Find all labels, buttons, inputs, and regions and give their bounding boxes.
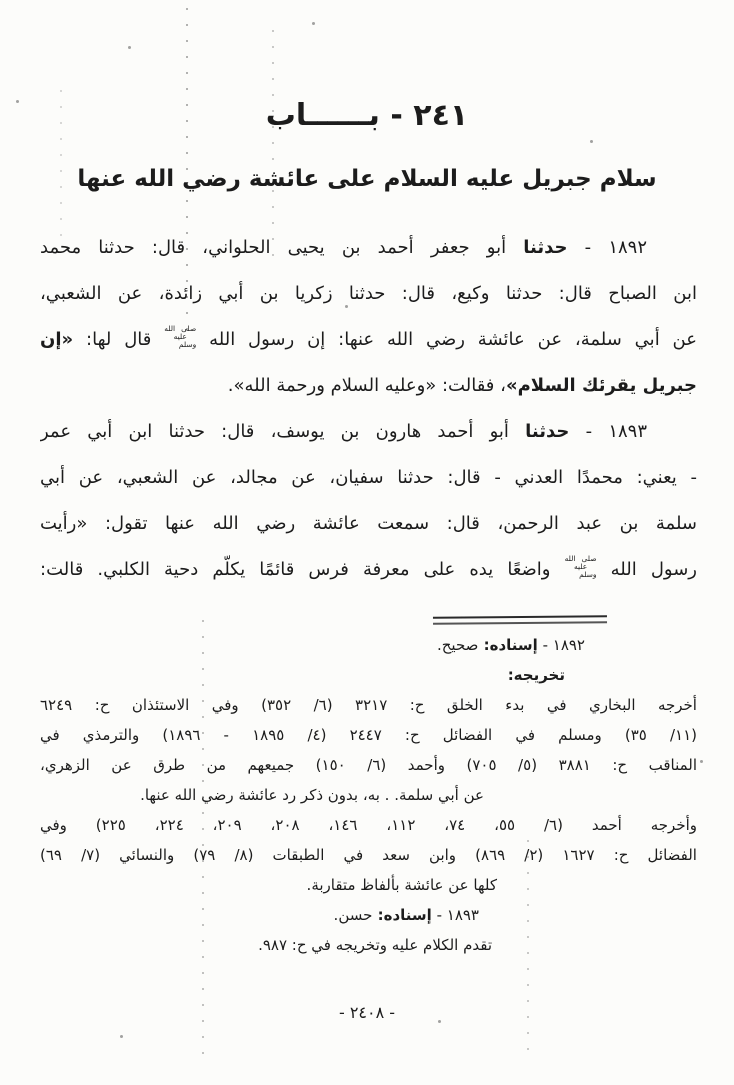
footnotes: ١٨٩٢ - إسناده: صحيح. تخريجه: أخرجه البخا… (40, 630, 697, 960)
footnote-1893-isnad-label: إسناده: (372, 906, 431, 924)
footnote-1893-grade: ١٨٩٣ - إسناده: حسن. (40, 900, 697, 930)
footnote-1893-grade-value: حسن. (334, 906, 373, 924)
honorific-bottom: عليه وسلم (174, 332, 197, 349)
scan-speck (312, 22, 315, 25)
hadith-1893-line-3: سلمة بن عبد الرحمن، قال: سمعت عائشة رضي … (40, 501, 697, 547)
salla-allahu-alayhi-wa-sallam-mark: صلى اللهعليه وسلم (164, 325, 196, 349)
hadith-1892-haddathana: حدثنا (523, 237, 567, 258)
hadith-1892-line-4: جبريل يقرئك السلام»، فقالت: «وعليه السلا… (40, 363, 697, 409)
hadith-1893-line-1: ١٨٩٣ - حدثنا أبو أحمد هارون بن يوسف، قال… (40, 409, 697, 455)
scan-speck (128, 46, 131, 49)
takhrij-line: كلها عن عائشة بألفاظ متقاربة. (40, 870, 697, 900)
section-title: سلام جبريل عليه السلام على عائشة رضي الل… (40, 166, 694, 192)
hadith-1893-line-3-text: سلمة بن عبد الرحمن، قال: سمعت عائشة رضي … (40, 513, 697, 534)
footnote-1892-grade-value: صحيح. (437, 636, 478, 654)
footnote-1892-number: ١٨٩٢ - (538, 636, 585, 654)
footnote-separator-rule (433, 615, 607, 625)
hadith-1893-line-4-text-b: واضعًا يده على معرفة فرس قائمًا يكلّم دح… (40, 559, 565, 580)
footnote-1893-note: تقدم الكلام عليه وتخريجه في ح: ٩٨٧. (40, 930, 697, 960)
hadith-1892-line-4-text: ، فقالت: «وعليه السلام ورحمة الله». (228, 375, 506, 396)
takhrij-line: عن أبي سلمة. . به، بدون ذكر رد عائشة رضي… (40, 780, 697, 810)
hadith-1893-line-2: - يعني: محمدًا العدني - قال: حدثنا سفيان… (40, 455, 697, 501)
footnote-1892-isnad-label: إسناده: (478, 636, 537, 654)
takhrij-line: أخرجه البخاري في بدء الخلق ح: ٣٢١٧ (٦/ ٣… (40, 690, 697, 720)
hadith-1892-line-3-text: عن أبي سلمة، عن عائشة رضي الله عنها: إن … (196, 329, 697, 350)
hadith-1892-line-2-text: ابن الصباح قال: حدثنا وكيع، قال: حدثنا ز… (40, 283, 697, 304)
takhrij-line: المناقب ح: ٣٨٨١ (٥/ ٧٠٥) وأحمد (٦/ ١٥٠) … (40, 750, 697, 780)
scan-speck (700, 760, 703, 763)
takhrij-line: وأخرجه أحمد (٦/ ٥٥، ٧٤، ١١٢، ١٤٦، ٢٠٨، ٢… (40, 810, 697, 840)
hadith-1893-line-4: رسول الله صلى اللهعليه وسلم واضعًا يده ع… (40, 547, 697, 593)
takhrij-heading: تخريجه: (40, 660, 697, 690)
hadith-1892-number: ١٨٩٢ - (568, 237, 647, 258)
chapter-heading: ٢٤١ - بــــــاب (0, 98, 734, 133)
footnote-1893-number: ١٨٩٣ - (432, 906, 479, 924)
hadith-1893-line-4-text-a: رسول الله (597, 559, 697, 580)
hadith-1892-line-2: ابن الصباح قال: حدثنا وكيع، قال: حدثنا ز… (40, 271, 697, 317)
scan-speck (590, 140, 593, 143)
hadith-1892-line-3: عن أبي سلمة، عن عائشة رضي الله عنها: إن … (40, 317, 697, 363)
scanned-book-page: ٢٤١ - بــــــاب سلام جبريل عليه السلام ع… (0, 0, 734, 1085)
hadith-1893-line-1-text: أبو أحمد هارون بن يوسف، قال: حدثنا ابن أ… (40, 421, 525, 442)
scan-speck (120, 1035, 123, 1038)
hadith-1892-line-1: ١٨٩٢ - حدثنا أبو جعفر أحمد بن يحيى الحلو… (40, 225, 697, 271)
hadith-1893-haddathana: حدثنا (525, 421, 569, 442)
hadith-1893-number: ١٨٩٣ - (569, 421, 647, 442)
hadith-1892-line-3-text-b: قال لها: (73, 329, 164, 350)
hadith-body: ١٨٩٢ - حدثنا أبو جعفر أحمد بن يحيى الحلو… (40, 225, 697, 593)
honorific-bottom: عليه وسلم (574, 562, 597, 579)
page-number: - ٢٤٠٨ - (0, 1003, 734, 1022)
salla-allahu-alayhi-wa-sallam-mark: صلى اللهعليه وسلم (565, 555, 597, 579)
takhrij-line: (١١/ ٣٥) ومسلم في الفضائل ح: ٢٤٤٧ (٤/ ١٨… (40, 720, 697, 750)
footnote-1892-grade: ١٨٩٢ - إسناده: صحيح. (40, 630, 697, 660)
hadith-1893-line-2-text: - يعني: محمدًا العدني - قال: حدثنا سفيان… (40, 467, 697, 488)
hadith-1892-quote-open: «إن (40, 329, 73, 350)
takhrij-line: الفضائل ح: ١٦٢٧ (٢/ ٨٦٩) وابن سعد في الط… (40, 840, 697, 870)
hadith-1892-line-1-text: أبو جعفر أحمد بن يحيى الحلواني، قال: حدث… (40, 237, 523, 258)
hadith-1892-quote-bold: جبريل يقرئك السلام» (506, 375, 697, 396)
